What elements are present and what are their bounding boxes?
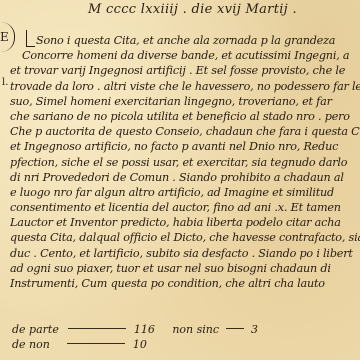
tally-value: 116: [134, 322, 155, 337]
text-line: suo, Simel homeni exercitarian lingegno,…: [10, 94, 360, 109]
margin-glyph: E: [0, 30, 9, 44]
manuscript-page: M cccc lxxiiij . die xvij Martij . E l. …: [0, 0, 360, 360]
vote-tally: de parte 116 non sinc 3 de non 10: [12, 322, 258, 352]
text-line: consentimento et licentia del auctor, fi…: [10, 200, 360, 215]
tally-value: 3: [251, 322, 258, 337]
text-line: et Ingegnoso artificio, no facto p avant…: [10, 139, 360, 154]
text-line: e luogo nro far algun altro artificio, a…: [10, 185, 360, 200]
text-line: trovade da loro . altri viste che le hav…: [10, 79, 360, 94]
text-line: Lauctor et Inventor predicto, habia libe…: [10, 215, 360, 230]
text-line: di nri Provededori de Comun . Siando pro…: [10, 170, 360, 185]
text-line: duc . Cento, et lartificio, subito sia d…: [10, 246, 360, 261]
text-line: Concorre homeni da diverse bande, et acu…: [10, 48, 360, 63]
text-line: questa Cita, dalqual officio el Dicto, c…: [10, 230, 360, 245]
text-line: Sono i questa Cita, et anche ala zornada…: [10, 33, 360, 48]
tally-row-yes: de parte 116 non sinc 3: [12, 322, 258, 337]
tally-label: non sinc: [172, 322, 219, 337]
tally-value: 10: [133, 337, 147, 352]
tally-row-no: de non 10: [12, 337, 258, 352]
text-line: et trovar varij Ingegnosi artificij . Et…: [10, 63, 360, 78]
manuscript-text: Sono i questa Cita, et anche ala zornada…: [10, 33, 360, 291]
tally-dash: [67, 343, 125, 344]
margin-note: l.: [2, 77, 8, 88]
tally-dash: [226, 328, 244, 329]
text-line: pfection, siche el se possi usar, et exe…: [10, 155, 360, 170]
text-line: Instrumenti, Cum questa po condition, ch…: [10, 276, 360, 291]
text-line: Che p auctorita de questo Conseio, chada…: [10, 124, 360, 139]
tally-label: de parte: [12, 322, 59, 337]
document-heading: M cccc lxxiiij . die xvij Martij .: [88, 2, 297, 17]
tally-dash: [68, 328, 126, 329]
text-line: che sariano de no picola utilita et bene…: [10, 109, 360, 124]
text-line: ad ogni suo piaxer, tuor et usar nel suo…: [10, 261, 360, 276]
tally-label: de non: [12, 337, 50, 352]
